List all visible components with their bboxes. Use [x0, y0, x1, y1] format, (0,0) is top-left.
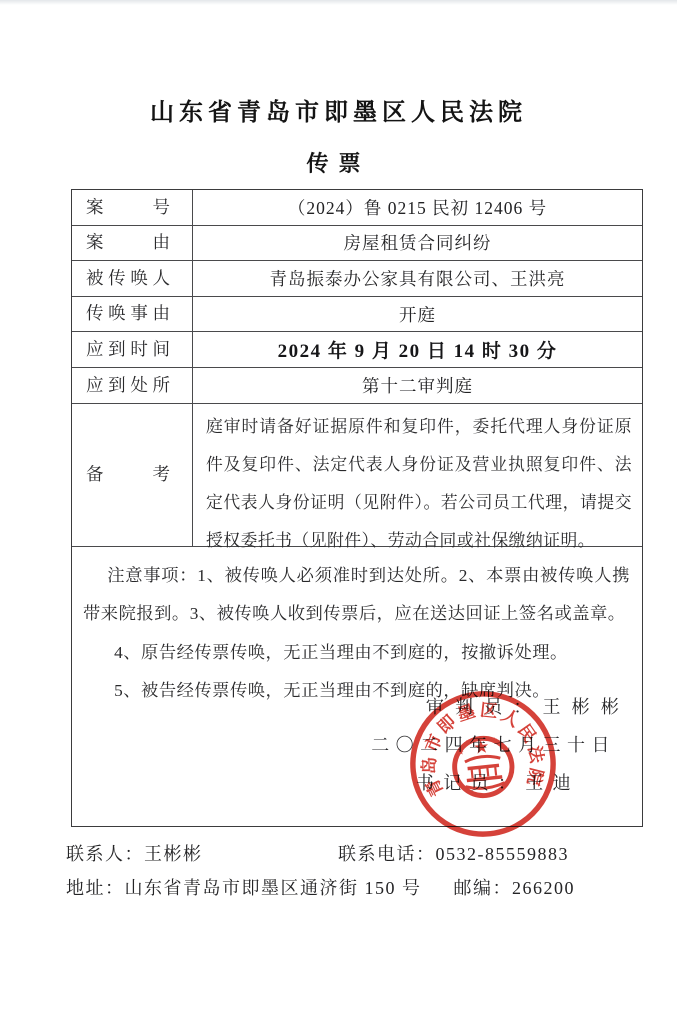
arrival-place-value: 第十二审判庭: [193, 368, 642, 403]
summons-reason-value: 开庭: [193, 297, 642, 332]
arrival-time-value: 2024 年 9 月 20 日 14 时 30 分: [193, 332, 642, 367]
remarks-value: 庭审时请备好证据原件和复印件，委托代理人身份证原件及复印件、法定代表人身份证及营…: [193, 404, 642, 546]
postal-code: 邮编：266200: [454, 878, 576, 898]
remarks-label-cell: 备考: [72, 404, 193, 546]
signature-block: 审判员：王彬彬 二〇二四年七月三十日 书记员：王迪: [0, 688, 630, 802]
court-name-title: 山东省青岛市即墨区人民法院: [0, 92, 677, 127]
arrival-place-label: 应到处所: [86, 377, 170, 395]
table-row-arrival-place: 应到处所 第十二审判庭: [72, 368, 642, 404]
clerk-signature: 书记员：王迪: [0, 764, 630, 802]
summons-reason-label-cell: 传唤事由: [72, 297, 193, 332]
footer-contact-line: 联系人：王彬彬 联系电话：0532-85559883: [66, 840, 626, 866]
case-number-label-cell: 案号: [72, 190, 193, 225]
judge-signature: 审判员：王彬彬: [0, 688, 630, 726]
court-address: 地址：山东省青岛市即墨区通济街 150 号: [66, 878, 422, 898]
summoned-person-label-cell: 被传唤人: [72, 261, 193, 296]
cause-label: 案由: [86, 234, 170, 252]
arrival-place-label-cell: 应到处所: [72, 368, 193, 403]
cause-label-cell: 案由: [72, 226, 193, 261]
table-row-summoned-person: 被传唤人 青岛振泰办公家具有限公司、王洪亮: [72, 261, 642, 297]
arrival-time-label: 应到时间: [86, 341, 170, 359]
arrival-time-label-cell: 应到时间: [72, 332, 193, 367]
notice-paragraph-2: 4、原告经传票传唤，无正当理由不到庭的，按撤诉处理。: [83, 634, 630, 673]
remarks-label: 备考: [86, 466, 170, 484]
table-row-arrival-time: 应到时间 2024 年 9 月 20 日 14 时 30 分: [72, 332, 642, 368]
table-row-summons-reason: 传唤事由 开庭: [72, 297, 642, 333]
contact-person: 联系人：王彬彬: [66, 844, 203, 864]
case-number-value: （2024）鲁 0215 民初 12406 号: [193, 190, 642, 225]
footer-address-line: 地址：山东省青岛市即墨区通济街 150 号 邮编：266200: [66, 874, 626, 900]
summoned-person-label: 被传唤人: [86, 270, 170, 288]
document-type-title: 传票: [0, 147, 677, 178]
notice-paragraph-1: 注意事项：1、被传唤人必须准时到达处所。2、本票由被传唤人携带来院报到。3、被传…: [83, 557, 630, 634]
court-summons-document: 山东省青岛市即墨区人民法院 传票 案号 （2024）鲁 0215 民初 1240…: [0, 0, 677, 1021]
cause-value: 房屋租赁合同纠纷: [193, 226, 642, 261]
issue-date: 二〇二四年七月三十日: [0, 726, 630, 764]
table-row-remarks: 备考 庭审时请备好证据原件和复印件，委托代理人身份证原件及复印件、法定代表人身份…: [72, 404, 642, 547]
summoned-person-value: 青岛振泰办公家具有限公司、王洪亮: [193, 261, 642, 296]
contact-phone: 联系电话：0532-85559883: [338, 840, 569, 866]
table-row-case-number: 案号 （2024）鲁 0215 民初 12406 号: [72, 190, 642, 226]
table-row-cause: 案由 房屋租赁合同纠纷: [72, 226, 642, 262]
case-number-label: 案号: [86, 199, 170, 217]
summons-reason-label: 传唤事由: [86, 305, 170, 323]
